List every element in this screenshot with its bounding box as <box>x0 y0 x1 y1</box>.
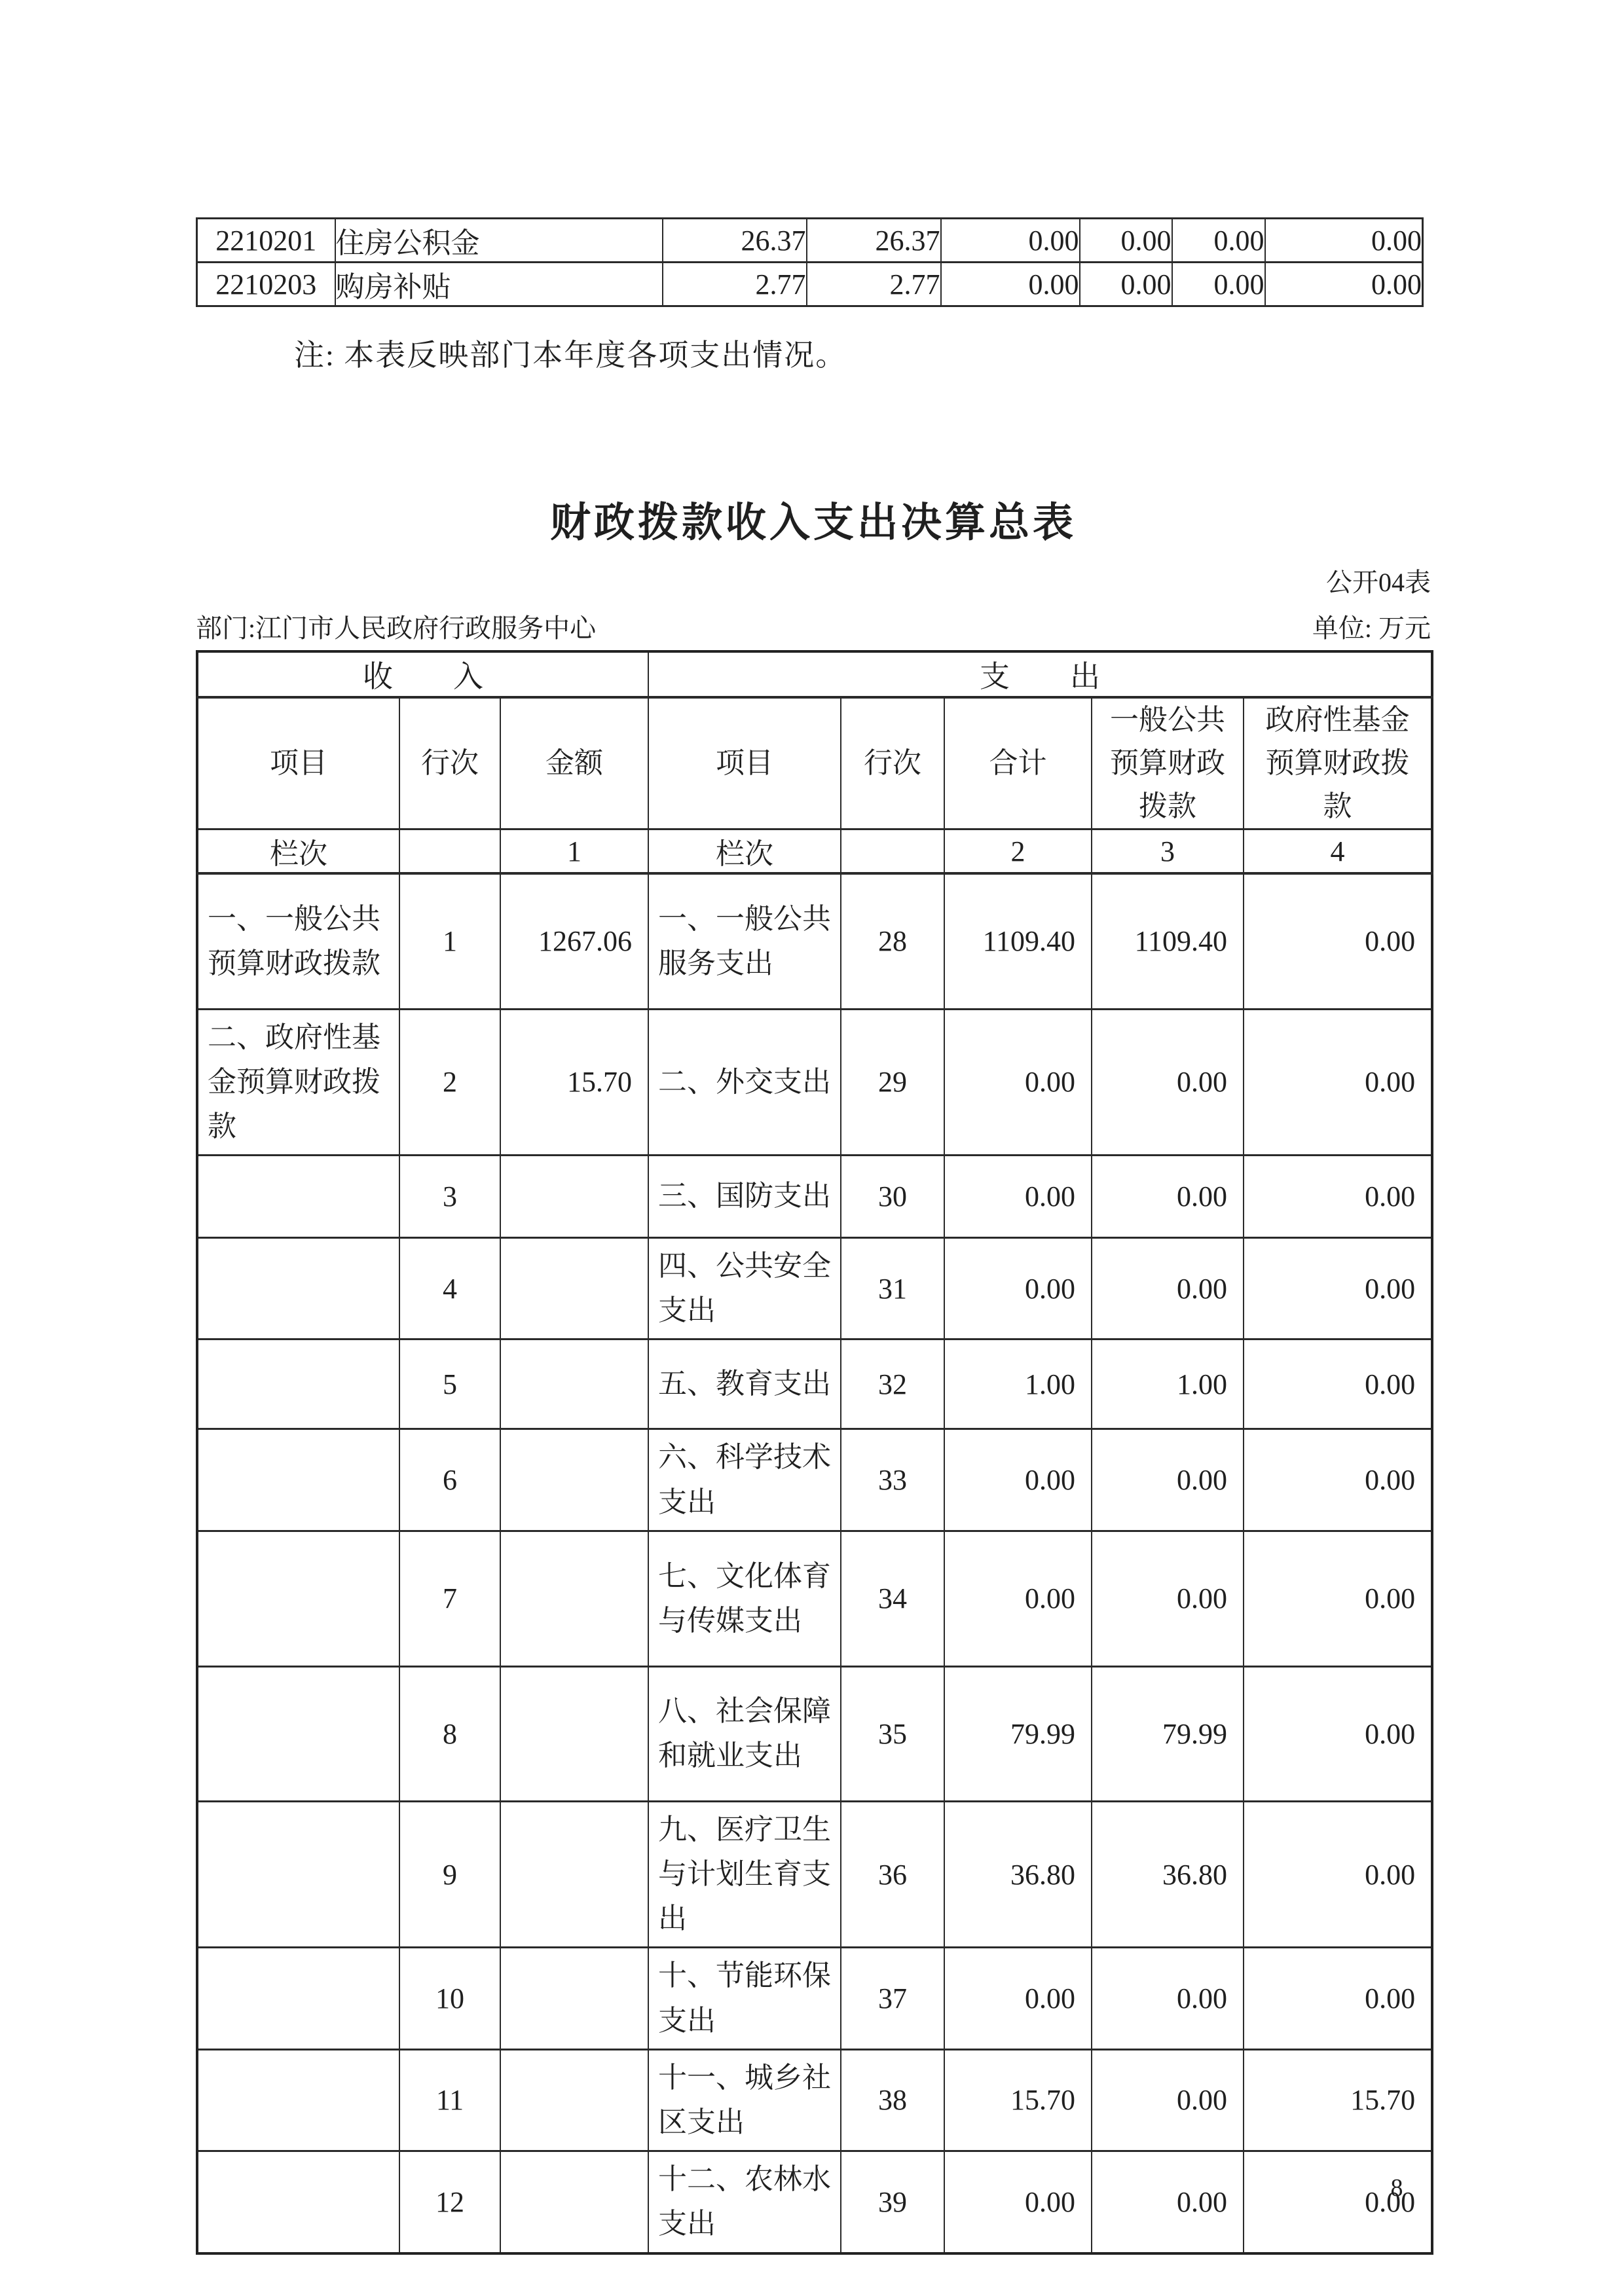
expense-total-cell: 79.99 <box>944 1666 1092 1801</box>
table-row: 9九、医疗卫生与计划生育支出3636.8036.800.00 <box>197 1801 1432 1948</box>
income-amount-cell: 1267.06 <box>500 873 648 1009</box>
income-amount-cell <box>500 1666 648 1801</box>
expense-total-cell: 0.00 <box>944 1948 1092 2049</box>
expense-item-cell: 六、科学技术支出 <box>648 1429 841 1531</box>
column-index-row: 栏次 1 栏次 2 3 4 <box>197 829 1432 874</box>
general-col-index: 3 <box>1092 829 1244 874</box>
income-amount-header: 金额 <box>500 697 648 829</box>
income-item-cell <box>197 1429 399 1531</box>
income-item-cell: 二、政府性基金预算财政拨款 <box>197 1009 399 1156</box>
value-cell: 26.37 <box>807 219 941 263</box>
gov-fund-cell: 0.00 <box>1244 1156 1432 1238</box>
name-cell: 购房补贴 <box>335 263 663 306</box>
expense-rowno-cell: 34 <box>841 1531 944 1666</box>
value-cell: 0.00 <box>941 263 1080 306</box>
table-note: 注: 本表反映部门本年度各项支出情况。 <box>294 331 847 374</box>
income-amount-cell <box>500 1429 648 1531</box>
income-rowno-cell: 10 <box>399 1948 500 2049</box>
expense-total-cell: 0.00 <box>944 2151 1092 2253</box>
expenditure-detail-table-body: 2210201住房公积金26.3726.370.000.000.000.0022… <box>197 219 1423 306</box>
gov-fund-col-index: 4 <box>1244 829 1432 874</box>
gov-fund-cell: 0.00 <box>1244 1531 1432 1666</box>
income-rowno-cell: 8 <box>399 1666 500 1801</box>
expense-item-cell: 十、节能环保支出 <box>648 1948 841 2049</box>
income-rowno-cell: 7 <box>399 1531 500 1666</box>
general-budget-cell: 36.80 <box>1092 1801 1244 1948</box>
expense-rowno-cell: 36 <box>841 1801 944 1948</box>
table-row: 3三、国防支出300.000.000.00 <box>197 1156 1432 1238</box>
expense-total-cell: 0.00 <box>944 1238 1092 1339</box>
income-rowno-cell: 4 <box>399 1238 500 1339</box>
value-cell: 0.00 <box>1080 263 1172 306</box>
general-budget-cell: 1.00 <box>1092 1339 1244 1429</box>
income-col-index: 1 <box>500 829 648 874</box>
expense-rowno-cell: 37 <box>841 1948 944 2049</box>
general-budget-cell: 0.00 <box>1092 2151 1244 2253</box>
expense-total-cell: 0.00 <box>944 1009 1092 1156</box>
department-label: 部门:江门市人民政府行政服务中心 <box>196 608 596 645</box>
code-cell: 2210201 <box>197 219 335 263</box>
expense-item-cell: 八、社会保障和就业支出 <box>648 1666 841 1801</box>
income-item-cell <box>197 1948 399 2049</box>
unit-label: 单位: 万元 <box>1312 608 1431 645</box>
expense-item-cell: 七、文化体育与传媒支出 <box>648 1531 841 1666</box>
value-cell: 2.77 <box>663 263 807 306</box>
general-budget-cell: 79.99 <box>1092 1666 1244 1801</box>
document-page: 2210201住房公积金26.3726.370.000.000.000.0022… <box>0 0 1624 2296</box>
table-row: 11十一、城乡社区支出3815.700.0015.70 <box>197 2049 1432 2151</box>
expense-item-cell: 十二、农林水支出 <box>648 2151 841 2253</box>
general-budget-cell: 0.00 <box>1092 1009 1244 1156</box>
income-item-cell <box>197 1339 399 1429</box>
expense-total-cell: 1109.40 <box>944 873 1092 1009</box>
table-row: 二、政府性基金预算财政拨款215.70二、外交支出290.000.000.00 <box>197 1009 1432 1156</box>
expense-rowno-cell: 32 <box>841 1339 944 1429</box>
expense-rowno-cell: 38 <box>841 2049 944 2151</box>
column-header-row: 项目 行次 金额 项目 行次 合计 一般公共预算财政拨款 政府性基金预算财政拨款 <box>197 697 1432 829</box>
expense-item-cell: 四、公共安全支出 <box>648 1238 841 1339</box>
income-lanci-blank <box>399 829 500 874</box>
table-row: 6六、科学技术支出330.000.000.00 <box>197 1429 1432 1531</box>
gov-fund-cell: 0.00 <box>1244 1666 1432 1801</box>
income-amount-cell: 15.70 <box>500 1009 648 1156</box>
expense-item-cell: 九、医疗卫生与计划生育支出 <box>648 1801 841 1948</box>
expense-item-header: 项目 <box>648 697 841 829</box>
income-group-header: 收 入 <box>197 651 648 697</box>
gov-fund-cell: 0.00 <box>1244 1238 1432 1339</box>
total-col-index: 2 <box>944 829 1092 874</box>
income-item-cell <box>197 1666 399 1801</box>
income-amount-cell <box>500 1238 648 1339</box>
income-amount-cell <box>500 1339 648 1429</box>
expense-total-cell: 0.00 <box>944 1156 1092 1238</box>
expense-total-cell: 0.00 <box>944 1429 1092 1531</box>
gov-fund-cell: 15.70 <box>1244 2049 1432 2151</box>
expense-rowno-cell: 29 <box>841 1009 944 1156</box>
expense-item-cell: 二、外交支出 <box>648 1009 841 1156</box>
table-row: 2210203购房补贴2.772.770.000.000.000.00 <box>197 263 1423 306</box>
general-budget-cell: 0.00 <box>1092 1156 1244 1238</box>
table-row: 2210201住房公积金26.3726.370.000.000.000.00 <box>197 219 1423 263</box>
income-item-cell <box>197 2049 399 2151</box>
table-row: 8八、社会保障和就业支出3579.9979.990.00 <box>197 1666 1432 1801</box>
expense-rowno-cell: 30 <box>841 1156 944 1238</box>
income-rowno-cell: 11 <box>399 2049 500 2151</box>
value-cell: 0.00 <box>1265 263 1423 306</box>
expense-total-cell: 15.70 <box>944 2049 1092 2151</box>
income-item-cell <box>197 1801 399 1948</box>
page-title: 财政拨款收入支出决算总表 <box>196 490 1431 548</box>
general-budget-header: 一般公共预算财政拨款 <box>1092 697 1244 829</box>
code-cell: 2210203 <box>197 263 335 306</box>
expense-item-cell: 十一、城乡社区支出 <box>648 2049 841 2151</box>
name-cell: 住房公积金 <box>335 219 663 263</box>
fiscal-summary-table: 收 入 支 出 项目 行次 金额 项目 行次 合计 一般公共预算财政拨款 政府性… <box>196 650 1433 2255</box>
main-table-body: 一、一般公共预算财政拨款11267.06一、一般公共服务支出281109.401… <box>197 873 1432 2253</box>
income-amount-cell <box>500 1531 648 1666</box>
group-header-row: 收 入 支 出 <box>197 651 1432 697</box>
income-rowno-cell: 12 <box>399 2151 500 2253</box>
income-item-cell <box>197 2151 399 2253</box>
gov-fund-cell: 0.00 <box>1244 1339 1432 1429</box>
expense-lanci-label: 栏次 <box>648 829 841 874</box>
income-item-cell: 一、一般公共预算财政拨款 <box>197 873 399 1009</box>
table-row: 5五、教育支出321.001.000.00 <box>197 1339 1432 1429</box>
value-cell: 26.37 <box>663 219 807 263</box>
expense-rowno-cell: 28 <box>841 873 944 1009</box>
general-budget-cell: 0.00 <box>1092 1948 1244 2049</box>
general-budget-cell: 0.00 <box>1092 2049 1244 2151</box>
expense-rowno-cell: 35 <box>841 1666 944 1801</box>
gov-fund-cell: 0.00 <box>1244 1948 1432 2049</box>
gov-fund-cell: 0.00 <box>1244 1801 1432 1948</box>
general-budget-cell: 1109.40 <box>1092 873 1244 1009</box>
gov-fund-header: 政府性基金预算财政拨款 <box>1244 697 1432 829</box>
expense-total-header: 合计 <box>944 697 1092 829</box>
gov-fund-cell: 0.00 <box>1244 1009 1432 1156</box>
income-rowno-cell: 3 <box>399 1156 500 1238</box>
expense-total-cell: 36.80 <box>944 1801 1092 1948</box>
gov-fund-cell: 0.00 <box>1244 873 1432 1009</box>
expense-total-cell: 1.00 <box>944 1339 1092 1429</box>
income-item-cell <box>197 1238 399 1339</box>
table-code-label: 公开04表 <box>1326 562 1431 599</box>
general-budget-cell: 0.00 <box>1092 1238 1244 1339</box>
expense-group-header: 支 出 <box>648 651 1432 697</box>
income-amount-cell <box>500 2049 648 2151</box>
income-rowno-cell: 9 <box>399 1801 500 1948</box>
expense-item-cell: 三、国防支出 <box>648 1156 841 1238</box>
value-cell: 0.00 <box>1265 219 1423 263</box>
income-rowno-cell: 2 <box>399 1009 500 1156</box>
income-item-cell <box>197 1156 399 1238</box>
expenditure-detail-table: 2210201住房公积金26.3726.370.000.000.000.0022… <box>196 217 1424 307</box>
income-amount-cell <box>500 1801 648 1948</box>
value-cell: 0.00 <box>1172 219 1265 263</box>
income-amount-cell <box>500 1156 648 1238</box>
income-item-cell <box>197 1531 399 1666</box>
expense-item-cell: 五、教育支出 <box>648 1339 841 1429</box>
expense-total-cell: 0.00 <box>944 1531 1092 1666</box>
income-rowno-cell: 6 <box>399 1429 500 1531</box>
page-number: 8 <box>1374 2174 1420 2202</box>
income-amount-cell <box>500 2151 648 2253</box>
expense-rowno-cell: 31 <box>841 1238 944 1339</box>
income-rowno-cell: 5 <box>399 1339 500 1429</box>
general-budget-cell: 0.00 <box>1092 1429 1244 1531</box>
income-item-header: 项目 <box>197 697 399 829</box>
value-cell: 0.00 <box>1080 219 1172 263</box>
income-rowno-cell: 1 <box>399 873 500 1009</box>
expense-rowno-cell: 33 <box>841 1429 944 1531</box>
expense-rowno-cell: 39 <box>841 2151 944 2253</box>
expense-rowno-header: 行次 <box>841 697 944 829</box>
value-cell: 0.00 <box>1172 263 1265 306</box>
expense-item-cell: 一、一般公共服务支出 <box>648 873 841 1009</box>
table-row: 7七、文化体育与传媒支出340.000.000.00 <box>197 1531 1432 1666</box>
expense-lanci-blank <box>841 829 944 874</box>
table-row: 10十、节能环保支出370.000.000.00 <box>197 1948 1432 2049</box>
table-meta-row: 部门:江门市人民政府行政服务中心 单位: 万元 <box>196 608 1431 645</box>
income-rowno-header: 行次 <box>399 697 500 829</box>
income-amount-cell <box>500 1948 648 2049</box>
general-budget-cell: 0.00 <box>1092 1531 1244 1666</box>
value-cell: 0.00 <box>941 219 1080 263</box>
table-row: 一、一般公共预算财政拨款11267.06一、一般公共服务支出281109.401… <box>197 873 1432 1009</box>
value-cell: 2.77 <box>807 263 941 306</box>
table-row: 4四、公共安全支出310.000.000.00 <box>197 1238 1432 1339</box>
income-lanci-label: 栏次 <box>197 829 399 874</box>
gov-fund-cell: 0.00 <box>1244 1429 1432 1531</box>
table-row: 12十二、农林水支出390.000.000.00 <box>197 2151 1432 2253</box>
